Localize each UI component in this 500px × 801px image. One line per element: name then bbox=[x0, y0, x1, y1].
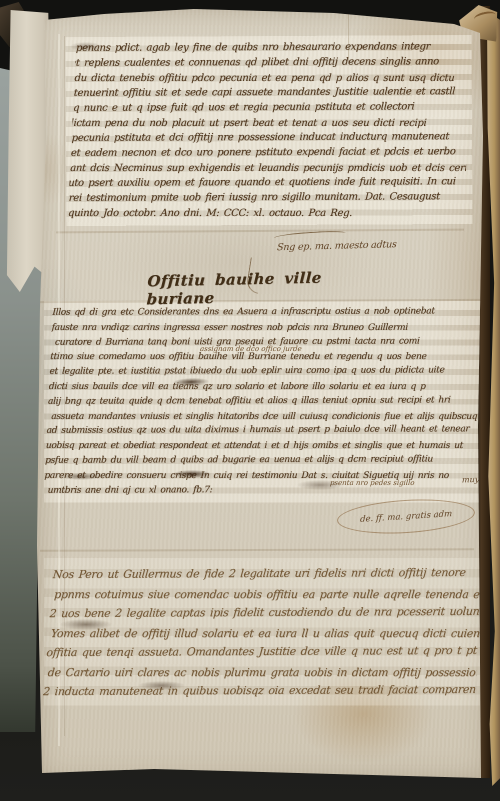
manuscript-photo: penans pdict. agab ley fine de quibs nro… bbox=[0, 0, 500, 801]
page-edge-shading bbox=[34, 6, 492, 784]
manuscript-page: penans pdict. agab ley fine de quibs nro… bbox=[34, 6, 492, 784]
